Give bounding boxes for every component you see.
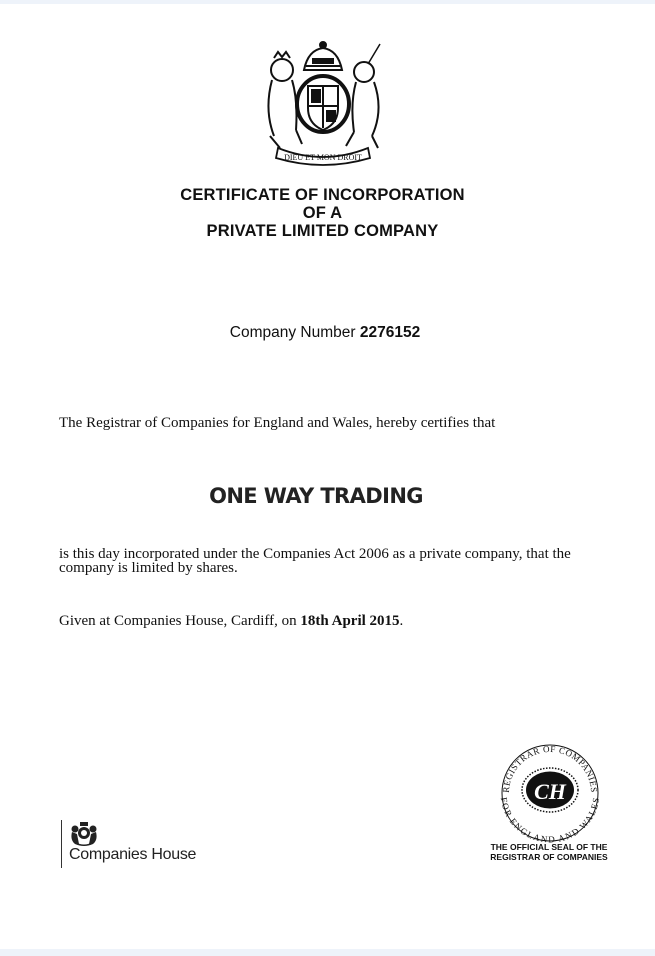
svg-text:CH: CH [534,779,567,804]
top-edge [0,0,655,4]
seal-caption-line: REGISTRAR OF COMPANIES [470,852,628,862]
svg-text:DIEU ET MON DROIT: DIEU ET MON DROIT [284,153,362,162]
title-line: PRIVATE LIMITED COMPANY [0,222,645,240]
certificate-title: CERTIFICATE OF INCORPORATION OF A PRIVAT… [0,186,645,240]
company-number-label: Company Number [230,324,356,341]
title-line: CERTIFICATE OF INCORPORATION [0,186,645,204]
given-at-prefix: Given at Companies House, Cardiff, on [59,613,297,629]
incorporation-date: 18th April 2015 [300,613,399,629]
title-line: OF A [0,204,645,222]
royal-coat-of-arms-icon: DIEU ET MON DROIT [252,40,394,166]
companies-house-logo: Companies House [61,820,196,868]
companies-house-label: Companies House [69,846,196,864]
companies-house-crest-icon [69,820,99,846]
registrar-statement: The Registrar of Companies for England a… [59,416,495,430]
company-name: ONE WAY TRADING [0,484,632,508]
seal-caption: THE OFFICIAL SEAL OF THE REGISTRAR OF CO… [470,842,628,862]
given-at-suffix: . [400,613,404,629]
bottom-edge [0,949,655,956]
company-number-value: 2276152 [360,324,420,341]
incorporation-statement: is this day incorporated under the Compa… [59,547,619,575]
seal-caption-line: THE OFFICIAL SEAL OF THE [470,842,628,852]
official-seal-icon: REGISTRAR OF COMPANIES FOR ENGLAND AND W… [499,742,601,844]
given-at-statement: Given at Companies House, Cardiff, on 18… [59,614,403,628]
company-number-line: Company Number 2276152 [0,324,650,342]
